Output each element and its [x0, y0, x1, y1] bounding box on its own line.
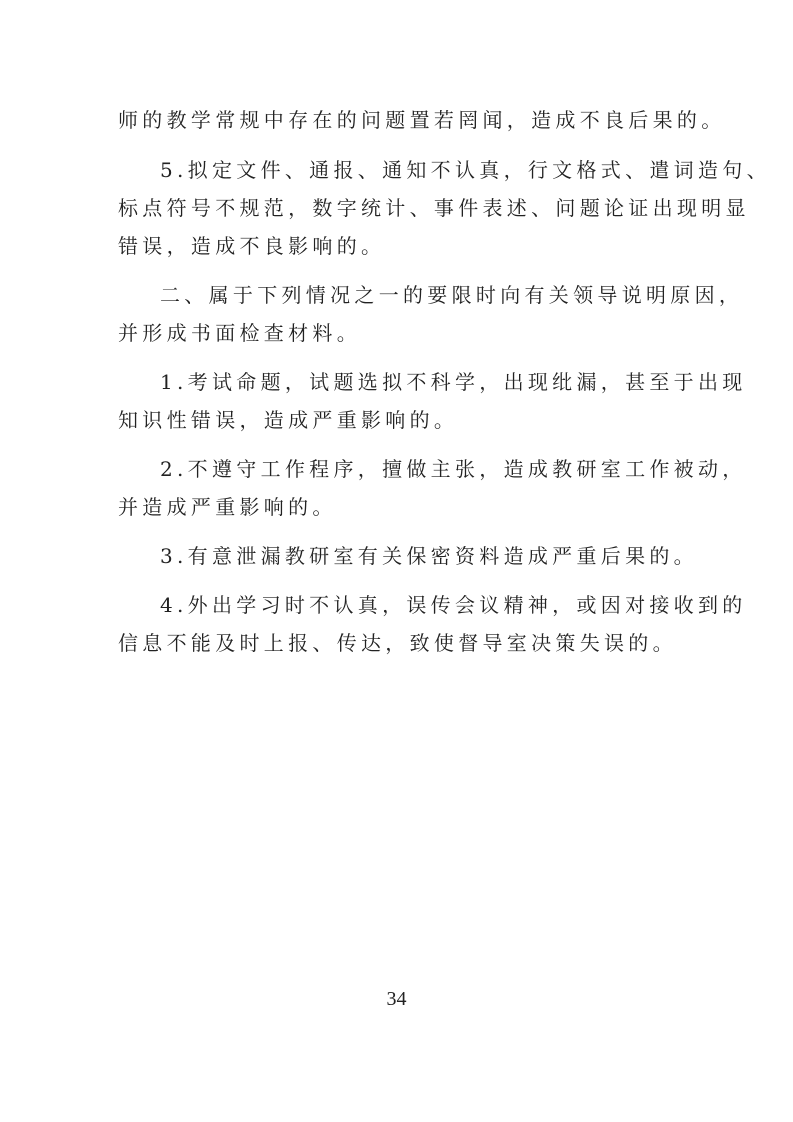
paragraph-line: 错误，造成不良影响的。: [118, 234, 385, 258]
document-page: 师的教学常规中存在的问题置若罔闻，造成不良后果的。 5.拟定文件、通报、通知不认…: [0, 0, 793, 1122]
paragraph-line: 师的教学常规中存在的问题置若罔闻，造成不良后果的。: [118, 108, 726, 132]
section-heading-line: 二、属于下列情况之一的要限时向有关领导说明原因，: [160, 283, 743, 307]
paragraph-line: 4.外出学习时不认真，误传会议精神，或因对接收到的: [160, 593, 747, 617]
paragraph-line: 标点符号不规范，数字统计、事件表述、问题论证出现明显: [118, 196, 750, 220]
paragraph-line: 5.拟定文件、通报、通知不认真，行文格式、遣词造句、: [160, 158, 771, 182]
paragraph-line: 知识性错误，造成严重影响的。: [118, 408, 458, 432]
paragraph-line: 2.不遵守工作程序，擅做主张，造成教研室工作被动，: [160, 457, 747, 481]
section-heading-line: 并形成书面检查材料。: [118, 321, 361, 345]
paragraph-line: 3.有意泄漏教研室有关保密资料造成严重后果的。: [160, 544, 698, 568]
paragraph-line: 1.考试命题，试题选拟不科学，出现纰漏，甚至于出现: [160, 370, 747, 394]
page-number: 34: [0, 988, 793, 1011]
paragraph-line: 并造成严重影响的。: [118, 495, 337, 519]
paragraph-line: 信息不能及时上报、传达，致使督导室决策失误的。: [118, 631, 677, 655]
